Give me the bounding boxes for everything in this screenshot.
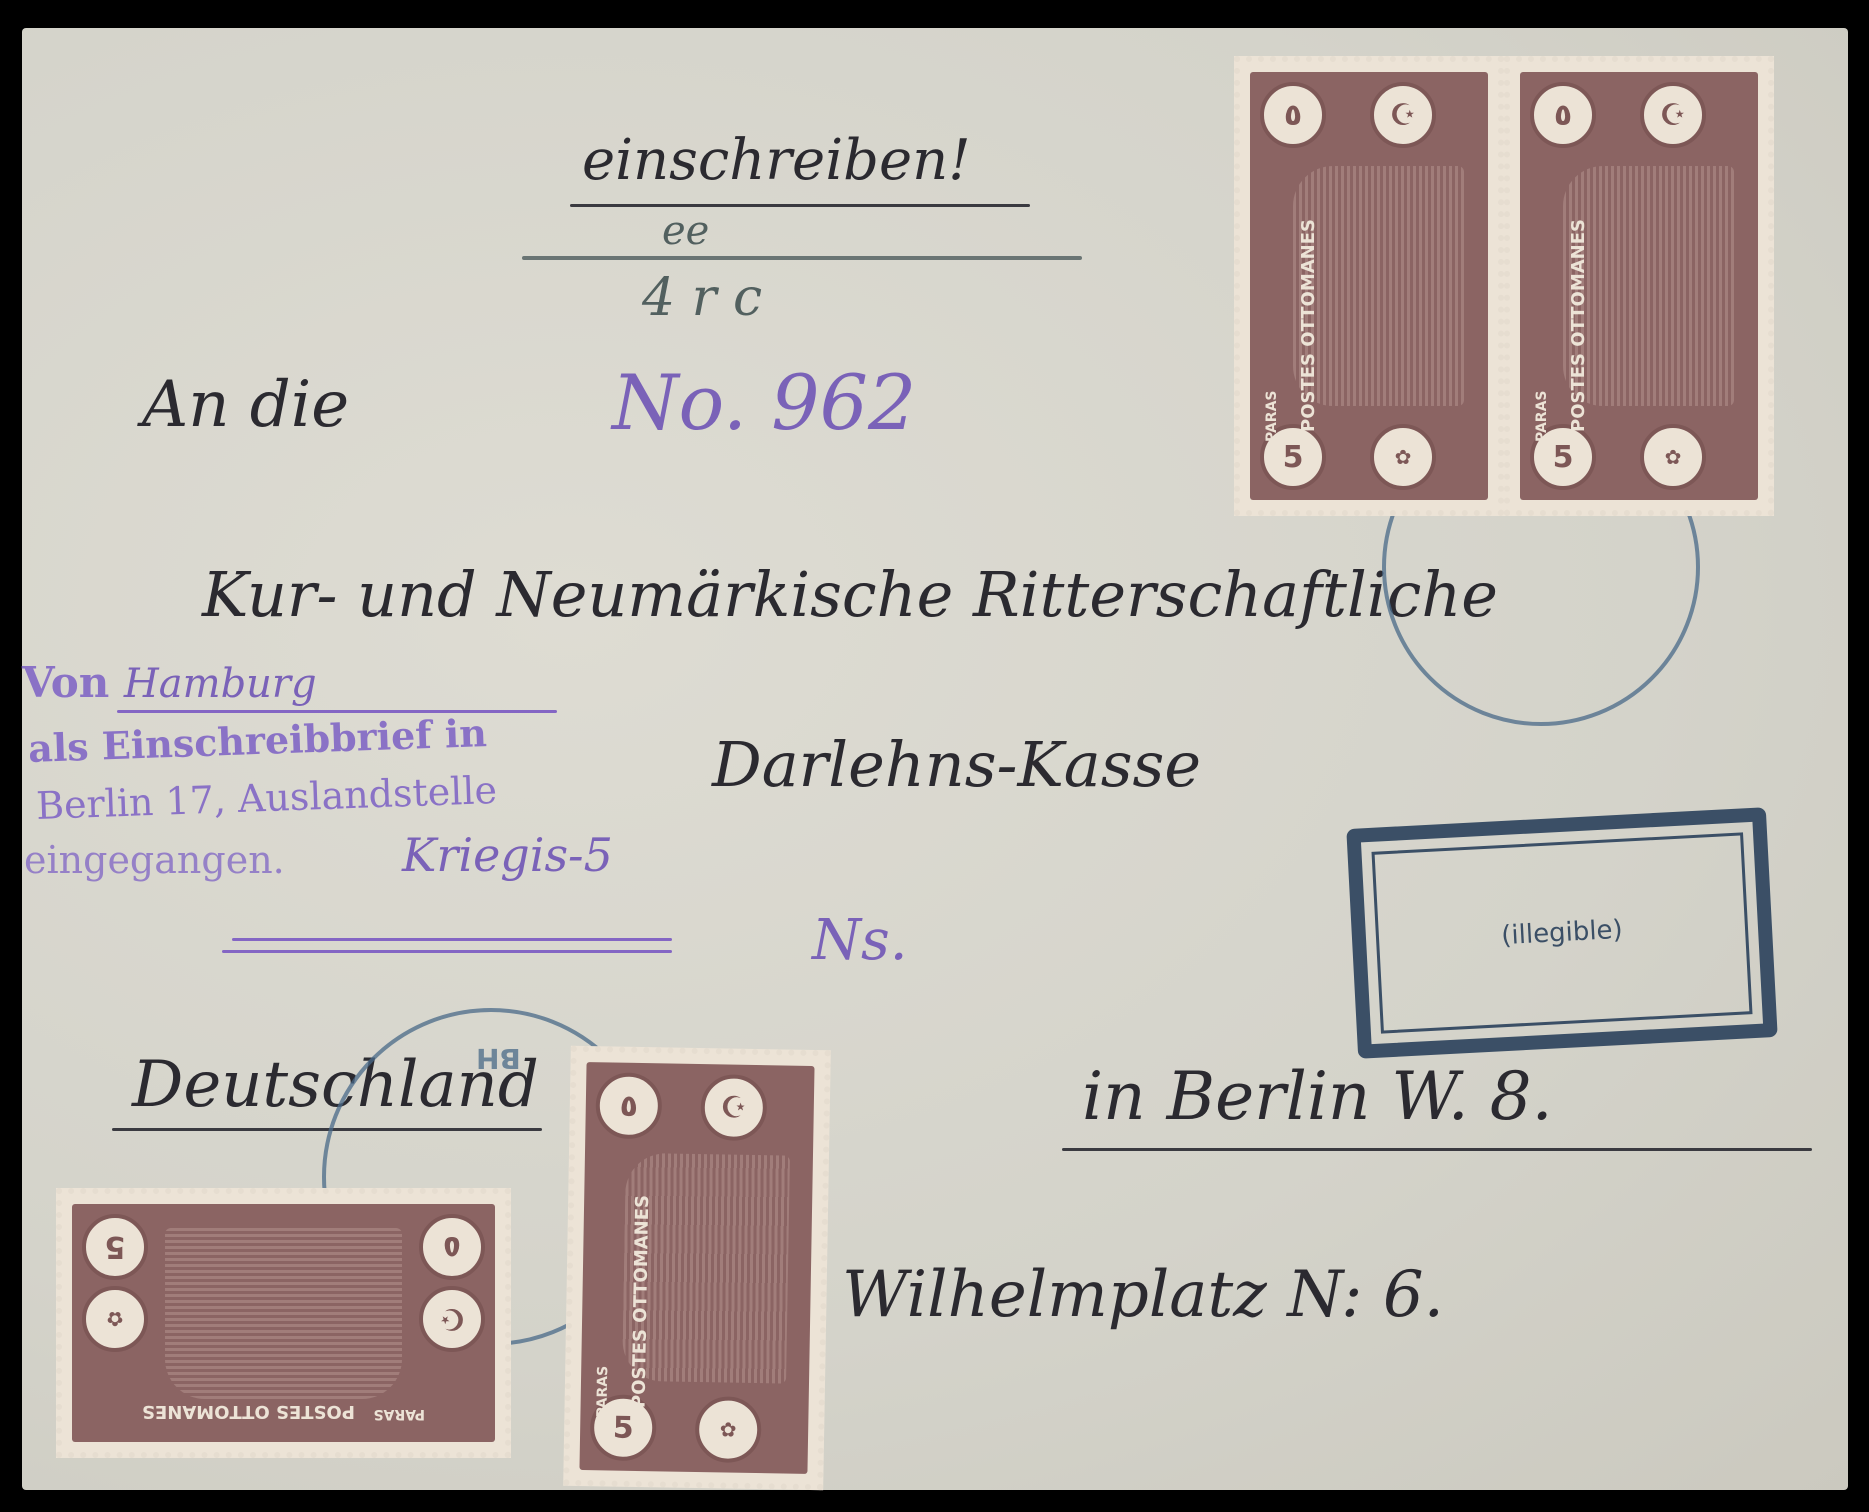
- stamp-legend: POSTES OTTOMANES: [1568, 219, 1589, 432]
- cachet-from-handwritten: Hamburg: [124, 661, 317, 707]
- tughra-icon: ✿: [1640, 424, 1706, 490]
- stamp-unit: PARAS: [1264, 390, 1280, 442]
- address-initials: Ns.: [812, 908, 908, 973]
- cachet-from: Von Hamburg: [22, 658, 317, 707]
- envelope: einschreiben! ee 4 r c No. 962 An die Ku…: [22, 28, 1848, 1490]
- stamp-value-native: ٥: [595, 1072, 662, 1139]
- cachet-signature: Kriegis-5: [402, 828, 613, 882]
- stamp-2: ٥ ☪ 5 ✿ POSTES OTTOMANES PARAS: [1504, 56, 1774, 516]
- stamp-value-native: ٥: [419, 1214, 485, 1280]
- cachet-double-line-1: [232, 938, 672, 941]
- tughra-icon: ✿: [1370, 424, 1436, 490]
- crescent-star-icon: ☪: [700, 1074, 767, 1141]
- stamp-3: ٥ ☪ 5 ✿ POSTES OTTOMANES PARAS: [563, 1046, 831, 1490]
- crescent-star-icon: ☪: [1640, 82, 1706, 148]
- stamp-legend: POSTES OTTOMANES: [629, 1195, 654, 1408]
- address-line-1: An die: [142, 368, 349, 442]
- registration-number: No. 962: [612, 358, 916, 447]
- address-line-5: Wilhelmplatz N: 6.: [842, 1258, 1444, 1332]
- cachet-line-3: Berlin 17, Auslandstelle: [35, 768, 497, 828]
- cachet-from-line: [117, 710, 557, 713]
- stamp-legend: POSTES OTTOMANES: [1298, 219, 1319, 432]
- stamp-value-native: ٥: [1260, 82, 1326, 148]
- postmark-fragment: BH: [476, 1042, 521, 1075]
- cachet-line-2: als Einschreibbrief in: [27, 710, 487, 771]
- stamp-value-native: ٥: [1530, 82, 1596, 148]
- cachet-double-line-2: [222, 950, 672, 953]
- boxed-cachet: (illegible): [1346, 807, 1777, 1059]
- crescent-star-icon: ☪: [419, 1286, 485, 1352]
- stamp-unit: PARAS: [594, 1366, 611, 1418]
- stamp-unit: PARAS: [1534, 390, 1550, 442]
- stamp-4: ٥ ☪ 5 ✿ POSTES OTTOMANES PARAS: [56, 1188, 511, 1458]
- stamp-unit: PARAS: [373, 1406, 425, 1422]
- pencil-line: [522, 256, 1082, 260]
- address-line-3: Darlehns-Kasse: [712, 728, 1201, 801]
- stamp-value: 5: [82, 1214, 148, 1280]
- boxed-cachet-text: (illegible): [1371, 832, 1752, 1033]
- tughra-icon: ✿: [82, 1286, 148, 1352]
- tughra-icon: ✿: [695, 1396, 762, 1463]
- cachet-line-4: eingegangen.: [24, 838, 285, 882]
- pencil-mark: ee: [662, 208, 709, 254]
- address-line-2: Kur- und Neumärkische Ritterschaftliche: [202, 558, 1498, 631]
- underline: [570, 204, 1030, 207]
- address-line-4: in Berlin W. 8.: [1082, 1058, 1553, 1135]
- city-underline: [1062, 1148, 1812, 1151]
- stamp-1: ٥ ☪ 5 ✿ POSTES OTTOMANES PARAS: [1234, 56, 1504, 516]
- pencil-mark-2: 4 r c: [642, 268, 762, 328]
- registration-note: einschreiben!: [582, 128, 971, 193]
- cachet-from-label: Von: [22, 658, 109, 707]
- stamp-legend: POSTES OTTOMANES: [142, 1401, 355, 1422]
- crescent-star-icon: ☪: [1370, 82, 1436, 148]
